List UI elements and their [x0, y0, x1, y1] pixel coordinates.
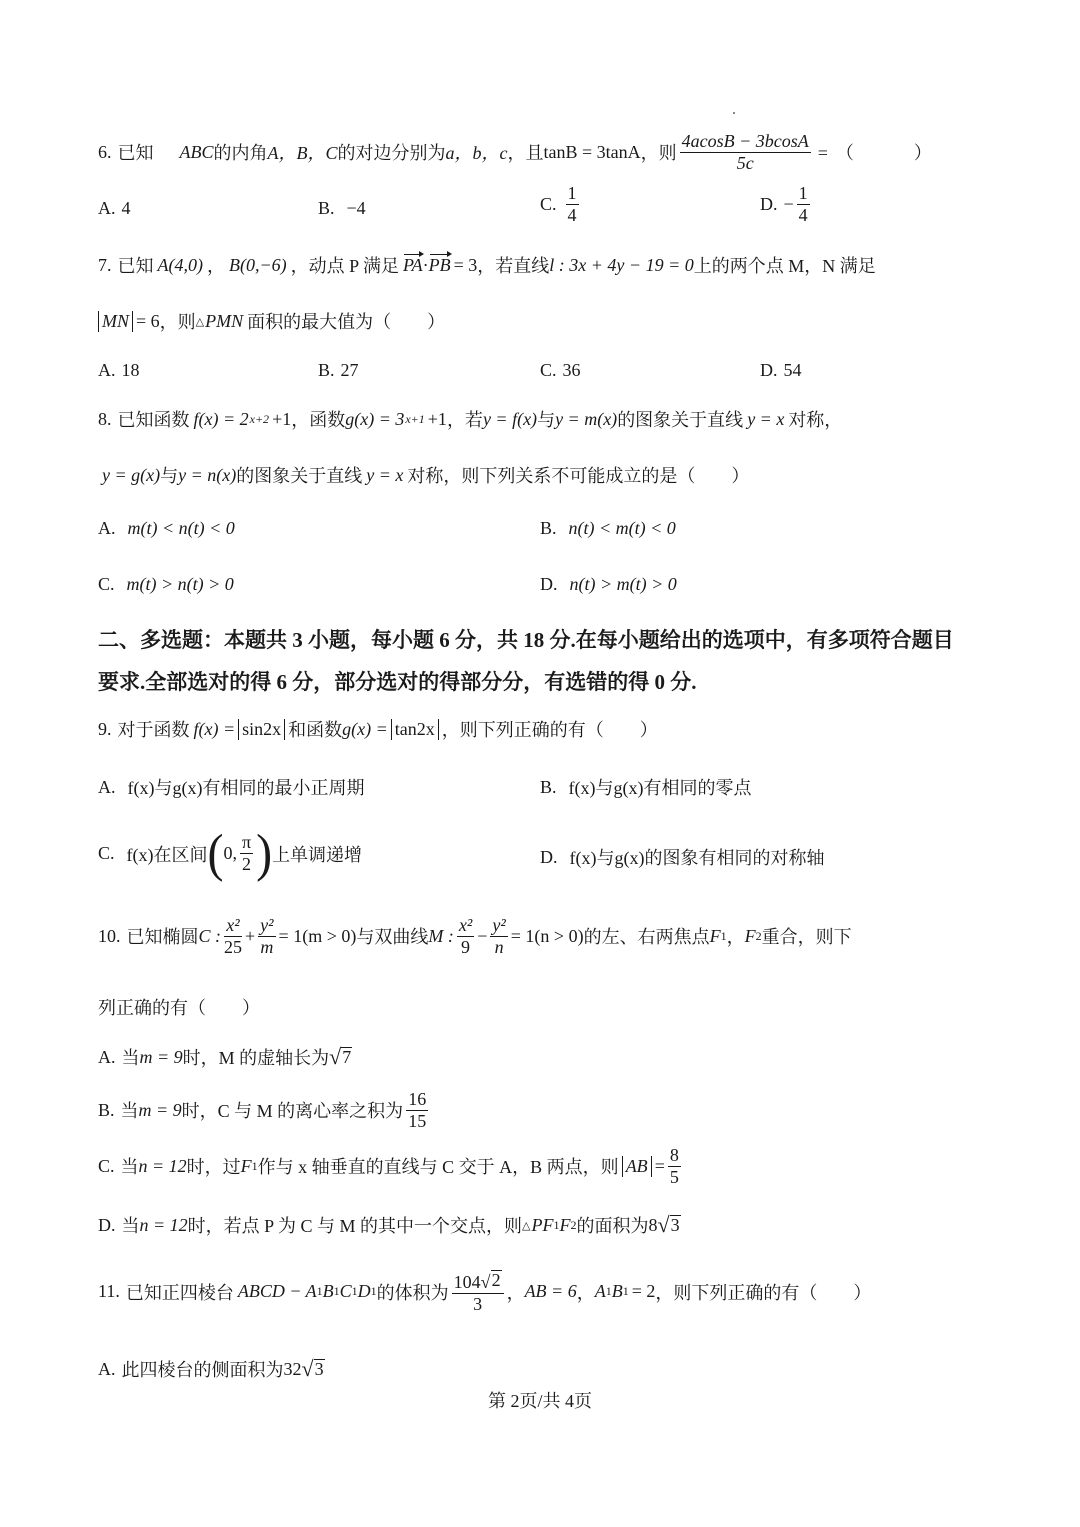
volume-fraction: 104√2 3 [452, 1270, 504, 1314]
denominator: 4 [799, 205, 808, 225]
coefficient: 8 [648, 1215, 657, 1236]
option-label: D. [98, 1215, 116, 1236]
abs-tan2x: tan2x [391, 719, 439, 740]
right-paren: ) [256, 823, 272, 884]
condition: n = 12 [140, 1215, 188, 1236]
exponent: x+2 [250, 412, 269, 427]
stem-text: 已知椭圆 [127, 923, 199, 949]
stem-text: 已知正四棱台 [126, 1279, 234, 1305]
abs-sin2x: sin2x [238, 719, 285, 740]
fraction-denominator: 5c [737, 153, 754, 173]
option-value: m(t) < n(t) < 0 [128, 518, 235, 539]
stem-text: 的体积为 [377, 1279, 449, 1305]
q9-option-d[interactable]: D.f(x)与g(x)的图象有相同的对称轴 [540, 844, 824, 870]
radicand: 3 [670, 1215, 681, 1236]
option-label: C. [540, 360, 557, 381]
condition: m = 9 [140, 1047, 183, 1068]
denominator: n [495, 937, 504, 957]
option-value: −4 [347, 198, 366, 219]
stem-text: 与 [537, 406, 555, 432]
fraction: 14 [566, 184, 579, 225]
coefficient: 104 [454, 1272, 481, 1292]
q6-option-b[interactable]: B.−4 [318, 198, 366, 219]
option-label: B. [318, 198, 335, 219]
subscript: 1 [623, 1284, 629, 1299]
stem-text: 与双曲线 [356, 923, 428, 949]
option-label: B. [540, 777, 557, 798]
q10-option-d[interactable]: D. 当 n = 12 时，若点 P 为 C 与 M 的其中一个交点，则 △ P… [98, 1212, 681, 1238]
radicand: 3 [314, 1359, 325, 1380]
sign: − [784, 194, 794, 215]
coefficient: 32 [284, 1359, 302, 1380]
comma: ， [507, 1279, 525, 1305]
option-label: D. [760, 360, 778, 381]
equation-value: = 3 [454, 255, 478, 276]
question-11-stem: 11. 已知正四棱台 ABCD − A1B1C1D1 的体积为 104√2 3 … [98, 1270, 871, 1314]
edge-value: = 2 [632, 1281, 656, 1302]
fraction: 85 [668, 1146, 681, 1187]
radical-sign: √ [302, 1358, 314, 1380]
fraction: y²n [490, 916, 507, 957]
numerator: 16 [406, 1090, 428, 1111]
option-label: A. [98, 777, 116, 798]
numerator: x² [457, 916, 474, 937]
sqrt-expression: √3 [302, 1358, 325, 1380]
condition-expression: tanB = 3tanA [544, 142, 641, 163]
exponent: x+1 [405, 412, 424, 427]
option-text: 的面积为 [576, 1212, 648, 1238]
option-label: D. [540, 574, 558, 595]
stem-text: ，则 [641, 139, 677, 165]
option-label: B. [318, 360, 335, 381]
radicand: 2 [491, 1270, 502, 1291]
question-10-stem-line2: 列正确的有（ ） [98, 994, 260, 1020]
condition: n = 12 [139, 1156, 187, 1177]
minus-operator: − [477, 926, 487, 947]
stem-text: 上的两个点 M，N 满足 [694, 252, 876, 278]
radical-sign: √ [329, 1046, 341, 1068]
line-equation: l : 3x + 4y − 19 = 0 [549, 255, 693, 276]
denominator: 15 [408, 1111, 426, 1131]
left-paren: ( [208, 823, 224, 884]
stem-text: 的左、右两焦点 [584, 923, 710, 949]
abs-mn: MN [98, 311, 133, 332]
q8-option-b[interactable]: B.n(t) < m(t) < 0 [540, 518, 676, 539]
numerator: y² [490, 916, 507, 937]
stem-text: ，若 [447, 406, 483, 432]
question-7-stem-line1: 7. 已知 A(4,0) ， B(0,−6) ，动点 P 满足 PA · PB … [98, 252, 876, 278]
question-6-stem: 6. 已知 ABC 的内角 A，B，C 的对边分别为 a，b，c ，且 tanB… [98, 132, 940, 173]
q9-option-c[interactable]: C. f(x)在区间 ( 0, π2 ) 上单调递增 [98, 826, 362, 881]
question-number: 9. [98, 719, 112, 740]
stem-text: ，若直线 [477, 252, 549, 278]
option-value: n(t) > m(t) > 0 [570, 574, 677, 595]
stem-text: 对称， [788, 406, 842, 432]
denominator: m [260, 937, 273, 957]
option-text: 当 [121, 1097, 139, 1123]
vector-pb: PB [429, 255, 451, 276]
answer-bracket: =（ ） [818, 139, 940, 165]
focus-f2: F [559, 1215, 570, 1236]
stem-text: 和函数 [288, 716, 342, 742]
q8-option-c[interactable]: C.m(t) > n(t) > 0 [98, 574, 234, 595]
abs-ab: AB [622, 1156, 652, 1177]
stem-text: ，则下列正确的有（ ） [655, 1279, 871, 1305]
q10-option-c[interactable]: C. 当 n = 12 时，过 F1 作与 x 轴垂直的直线与 C 交于 A，B… [98, 1146, 684, 1187]
denominator: 3 [473, 1294, 482, 1314]
q6-option-a[interactable]: A.4 [98, 198, 131, 219]
q6-option-c[interactable]: C.14 [540, 184, 582, 225]
option-label: A. [98, 360, 116, 381]
denominator: 25 [224, 937, 242, 957]
fraction: x²9 [457, 916, 474, 957]
option-text: 作与 x 轴垂直的直线与 C 交于 A，B 两点，则 [258, 1153, 619, 1179]
angles: A，B，C [268, 139, 338, 165]
option-text: 当 [122, 1212, 140, 1238]
numerator: π [240, 833, 253, 854]
option-text: f(x)在区间 [127, 841, 208, 867]
page-footer: 第 2页/共 4页 [0, 1387, 1080, 1413]
option-label: A. [98, 518, 116, 539]
denominator: 2 [242, 854, 251, 874]
focus-f1: F [241, 1156, 252, 1177]
option-text: 此四棱台的侧面积为 [122, 1356, 284, 1382]
numerator: 8 [668, 1146, 681, 1167]
expression: y = n(x) [178, 465, 236, 486]
option-label: B. [98, 1100, 115, 1121]
numerator: 1 [797, 184, 810, 205]
option-text: 时，过 [187, 1153, 241, 1179]
vertex: D [358, 1281, 371, 1302]
option-label: C. [98, 1156, 115, 1177]
stem-text: ，动点 P 满足 [291, 252, 399, 278]
option-value: m(t) > n(t) > 0 [127, 574, 234, 595]
question-8-stem-line1: 8. 已知函数 f(x) = 2x+2 +1 ，函数 g(x) = 3x+1 +… [98, 406, 842, 432]
stem-text: ，且 [508, 139, 544, 165]
vertex: B [323, 1281, 334, 1302]
triangle-name: PF [531, 1215, 553, 1236]
fraction-pi-over-2: π2 [240, 833, 253, 874]
question-7-stem-line2: MN = 6 ，则 △ PMN 面积的最大值为（ ） [98, 308, 445, 334]
point-b: B(0,−6) [229, 255, 287, 276]
point-a: A(4,0) [158, 255, 203, 276]
question-number: 10. [98, 926, 121, 947]
question-number: 7. [98, 255, 112, 276]
edge-ab: AB = 6 [525, 1281, 577, 1302]
option-label: D. [540, 847, 558, 868]
question-number: 6. [98, 142, 112, 163]
fraction-numerator: 4acosB − 3bcosA [680, 132, 811, 153]
focus-f2: F [745, 926, 756, 947]
expression-tail: = 1(n > 0) [511, 926, 584, 947]
plus-operator: + [245, 926, 255, 947]
option-label: B. [540, 518, 557, 539]
stem-text: 已知函数 [118, 406, 190, 432]
scan-artifact-dot [733, 112, 735, 114]
q7-option-d[interactable]: D.54 [760, 360, 802, 381]
q8-option-a[interactable]: A.m(t) < n(t) < 0 [98, 518, 235, 539]
sqrt-expression: √7 [329, 1046, 352, 1068]
expression-tail: = 1(m > 0) [279, 926, 357, 947]
stem-text: 对于函数 [118, 716, 190, 742]
vector-pa: PA [403, 255, 423, 276]
ellipse-name: C : [199, 926, 222, 947]
interval-left: 0, [223, 843, 237, 864]
fraction-expression: 4acosB − 3bcosA 5c [680, 132, 811, 173]
function-g: g(x) = 3 [345, 409, 404, 430]
vertex: B [612, 1281, 623, 1302]
stem-text: 已知 [118, 139, 154, 165]
option-label: A. [98, 198, 116, 219]
q9-option-b[interactable]: B.f(x)与g(x)有相同的零点 [540, 774, 752, 800]
equation-value: = 6 [136, 311, 160, 332]
comma: ， [207, 252, 225, 278]
stem-text: ，则 [160, 308, 196, 334]
expression: y = f(x) [483, 409, 537, 430]
option-label: A. [98, 1047, 116, 1068]
q10-option-b[interactable]: B. 当 m = 9 时，C 与 M 的离心率之积为 1615 [98, 1090, 431, 1131]
triangle-icon: △ [196, 315, 204, 328]
fraction: 1615 [406, 1090, 428, 1131]
function-f: f(x) = [194, 719, 236, 740]
option-text: 当 [122, 1044, 140, 1070]
expression-tail: +1 [428, 409, 447, 430]
radicand: 7 [341, 1047, 352, 1068]
option-value: 54 [784, 360, 802, 381]
denominator: 4 [568, 205, 577, 225]
stem-text: 已知 [118, 252, 154, 278]
option-label: A. [98, 1359, 116, 1380]
numerator: 1 [566, 184, 579, 205]
question-8-stem-line2: y = g(x) 与 y = n(x) 的图象关于直线 y = x 对称，则下列… [98, 462, 749, 488]
option-text: f(x)与g(x)的图象有相同的对称轴 [570, 844, 825, 870]
question-10-stem-line1: 10. 已知椭圆 C : x²25 + y²m = 1(m > 0) 与双曲线 … [98, 916, 852, 957]
option-label: C. [98, 843, 115, 864]
expression-tail: +1 [272, 409, 291, 430]
q7-option-b[interactable]: B.27 [318, 360, 359, 381]
denominator: 5 [670, 1167, 679, 1187]
q7-option-a[interactable]: A.18 [98, 360, 140, 381]
stem-text: 的图象关于直线 [617, 406, 743, 432]
stem-text: 的图象关于直线 [236, 462, 362, 488]
fraction: y²m [258, 916, 275, 957]
fraction: x²25 [224, 916, 242, 957]
focus-f1: F [710, 926, 721, 947]
option-value: 18 [122, 360, 140, 381]
question-number: 11. [98, 1281, 120, 1302]
option-value: 36 [563, 360, 581, 381]
comma: ， [577, 1279, 595, 1305]
option-label: C. [540, 194, 557, 215]
question-number: 8. [98, 409, 112, 430]
q9-option-a[interactable]: A.f(x)与g(x)有相同的最小正周期 [98, 774, 364, 800]
edge-a1b1: A [595, 1281, 606, 1302]
denominator: 9 [461, 937, 470, 957]
sides: a，b，c [446, 139, 508, 165]
sqrt-expression: √3 [657, 1214, 680, 1236]
option-label: C. [98, 574, 115, 595]
section-heading-line1: 二、多选题：本题共 3 小题，每小题 6 分，共 18 分.在每小题给出的选项中… [98, 624, 954, 654]
fraction: 14 [797, 184, 810, 225]
stem-text: 与 [160, 462, 178, 488]
option-text: f(x)与g(x)有相同的零点 [569, 774, 752, 800]
q6-option-d[interactable]: D.−14 [760, 184, 813, 225]
expression: y = g(x) [102, 465, 160, 486]
equals: = [655, 1156, 665, 1177]
hyperbola-name: M : [428, 926, 454, 947]
function-f: f(x) = 2 [194, 409, 249, 430]
sqrt-expression: √2 [481, 1270, 502, 1291]
numerator: 104√2 [452, 1270, 504, 1294]
stem-text: 对称，则下列关系不可能成立的是（ ） [407, 462, 749, 488]
option-text: 当 [121, 1153, 139, 1179]
q7-option-c[interactable]: C.36 [540, 360, 581, 381]
option-label: D. [760, 194, 778, 215]
section-heading-line2: 要求.全部选对的得 6 分，部分选对的得部分分，有选错的得 0 分. [98, 666, 697, 696]
option-text: 时，若点 P 为 C 与 M 的其中一个交点，则 [188, 1212, 522, 1238]
stem-text: 的内角 [214, 139, 268, 165]
triangle-name: ABC [180, 142, 214, 163]
stem-text: ， [727, 923, 745, 949]
stem-text: 面积的最大值为（ ） [247, 308, 445, 334]
numerator: x² [224, 916, 241, 937]
option-text: f(x)与g(x)有相同的最小正周期 [128, 774, 365, 800]
option-text: 上单调递增 [272, 841, 362, 867]
triangle-name: PMN [205, 311, 243, 332]
vertex: C [340, 1281, 352, 1302]
expression: y = x [747, 409, 784, 430]
stem-text: 的对边分别为 [338, 139, 446, 165]
q11-option-a[interactable]: A. 此四棱台的侧面积为 32 √3 [98, 1356, 325, 1382]
triangle-icon: △ [522, 1219, 530, 1232]
option-value: n(t) < m(t) < 0 [569, 518, 676, 539]
numerator: y² [258, 916, 275, 937]
option-text: 时，C 与 M 的离心率之积为 [182, 1097, 404, 1123]
function-g: g(x) = [342, 719, 388, 740]
expression: y = x [366, 465, 403, 486]
option-value: 4 [122, 198, 131, 219]
option-value: 27 [341, 360, 359, 381]
q8-option-d[interactable]: D.n(t) > m(t) > 0 [540, 574, 677, 595]
radical-sign: √ [657, 1214, 669, 1236]
q10-option-a[interactable]: A. 当 m = 9 时，M 的虚轴长为 √7 [98, 1044, 352, 1070]
frustum-name: ABCD − A [238, 1281, 317, 1302]
expression: y = m(x) [555, 409, 617, 430]
radical-sign: √ [481, 1273, 491, 1291]
question-9-stem: 9. 对于函数 f(x) = sin2x 和函数 g(x) = tan2x ，则… [98, 716, 658, 742]
condition: m = 9 [139, 1100, 182, 1121]
stem-text: ，函数 [291, 406, 345, 432]
stem-text: ，则下列正确的有（ ） [442, 716, 658, 742]
stem-text: 重合，则下 [762, 923, 852, 949]
option-text: 时，M 的虚轴长为 [183, 1044, 330, 1070]
